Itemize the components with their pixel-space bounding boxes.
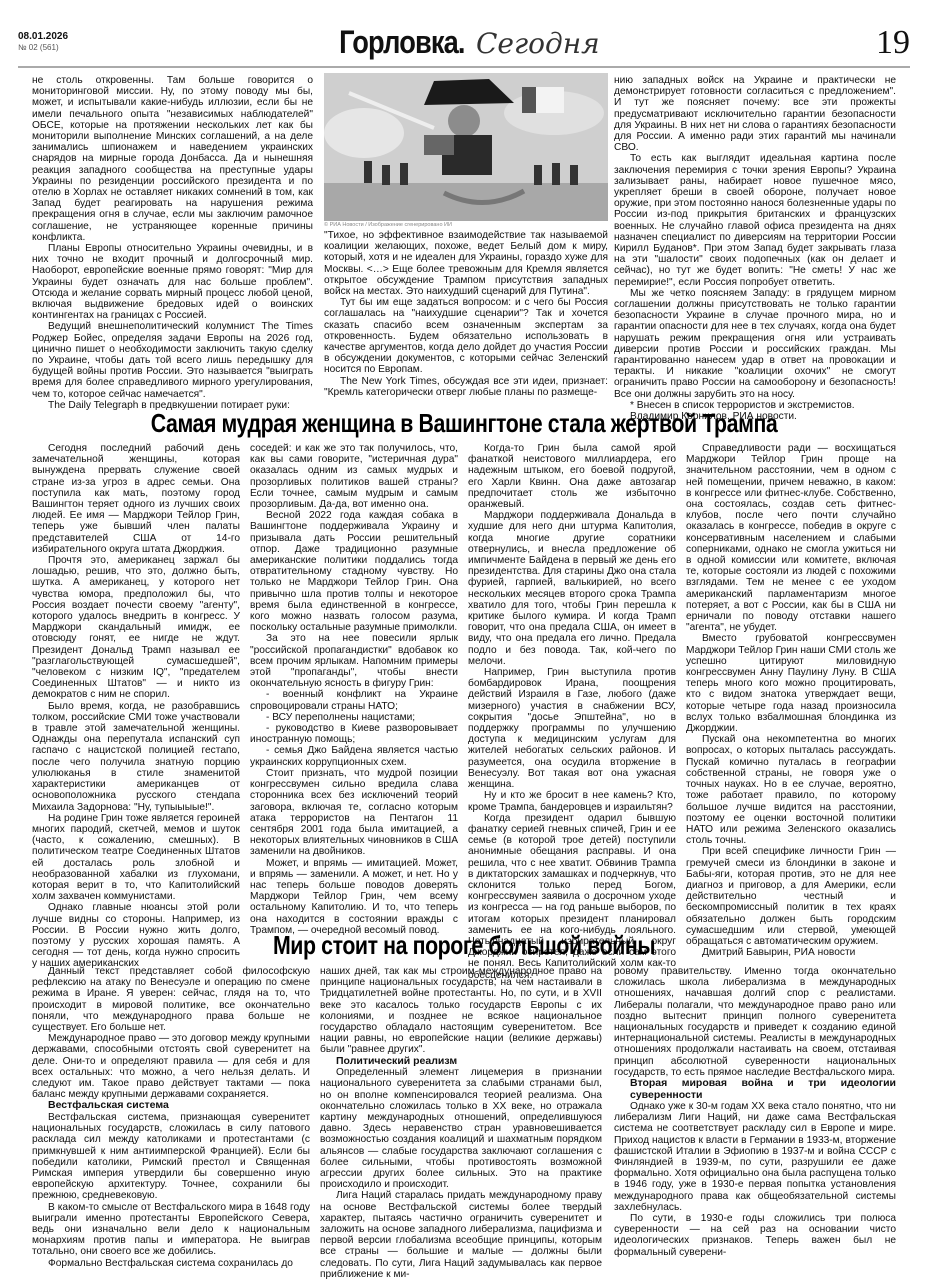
- paragraph: По сути, в 1930-е годы сложились три пол…: [614, 1213, 896, 1258]
- masthead: 08.01.2026 № 02 (561) Горловка.Сегодня 1…: [0, 0, 928, 68]
- paragraph: Например, Грин выступила против бомбарди…: [468, 667, 676, 790]
- paragraph: Международное право — это договор между …: [32, 1033, 310, 1100]
- paragraph: наших дней, так как мы строим международ…: [320, 966, 602, 1056]
- article3-column-1: Данный текст представляет собой философс…: [32, 966, 310, 1269]
- section-subheading: Политический реализм: [320, 1056, 602, 1068]
- list-item: - семья Джо Байдена является частью укра…: [250, 745, 458, 767]
- paragraph: Было время, когда, не разобравшись толко…: [32, 701, 240, 813]
- article2-column-1: Сегодня последний рабочий день замечател…: [32, 443, 240, 970]
- article2-column-4: Справедливости ради — восхищаться Марджо…: [686, 443, 896, 958]
- section-subheading: Вестфальская система: [32, 1100, 310, 1112]
- paragraph: Может, и впрямь — имитацией. Может, и вп…: [250, 858, 458, 936]
- paragraph: Сегодня последний рабочий день замечател…: [32, 443, 240, 555]
- list-item: - ВСУ переполнены нацистами;: [250, 712, 458, 723]
- article3-column-3: ровому правительству. Именно тогда оконч…: [614, 966, 896, 1258]
- article3-headline: Мир стоит на пороге большой войны: [0, 930, 928, 960]
- article1-column-3: нию западных войск на Украине и практиче…: [614, 75, 896, 422]
- paragraph: Планы Европы относительно Украины очевид…: [32, 243, 313, 321]
- paragraph: Прочтя это, американец заржал бы лошадью…: [32, 555, 240, 701]
- headline-text: Самая мудрая женщина в Вашингтоне стала …: [151, 408, 778, 438]
- paragraph: Когда-то Грин была самой ярой фанаткой н…: [468, 443, 676, 510]
- list-item: - руководство в Киеве разворовывает инос…: [250, 723, 458, 745]
- newspaper-title-script: Сегодня: [476, 27, 600, 60]
- paragraph: То есть как выглядит идеальная картина п…: [614, 153, 896, 287]
- paragraph: Определенный элемент лицемерия в признан…: [320, 1067, 602, 1190]
- article2-column-3: Когда-то Грин была самой ярой фанаткой н…: [468, 443, 676, 981]
- paragraph: Формально Вестфальская система сохранила…: [32, 1258, 310, 1269]
- paragraph: Вместо грубоватой конгрессвумен Марджори…: [686, 633, 896, 734]
- paragraph: "Тихое, но эффективное взаимодействие та…: [324, 230, 608, 297]
- section-subheading: Вторая мировая война и три идеологии сув…: [614, 1078, 896, 1101]
- paragraph: Данный текст представляет собой философс…: [32, 966, 310, 1033]
- paragraph: Марджори поддерживала Дональда в худшие …: [468, 510, 676, 667]
- headline-text: Мир стоит на пороге большой войны: [273, 930, 655, 960]
- paragraph: Мы же четко поясняем Западу: в грядущем …: [614, 288, 896, 400]
- article1-column-1: не столь откровенны. Там больше говоритс…: [32, 75, 313, 411]
- paragraph: Справедливости ради — восхищаться Марджо…: [686, 443, 896, 633]
- paragraph: Ведущий внешнеполитический колумнист The…: [32, 321, 313, 399]
- article-illustration: [324, 73, 608, 221]
- paragraph: Вестфальская система, признающая суверен…: [32, 1112, 310, 1202]
- paragraph: Весной 2022 года каждая собака в Вашингт…: [250, 510, 458, 633]
- list-item: - военный конфликт на Украине спровоциро…: [250, 689, 458, 711]
- header-divider: [18, 66, 910, 68]
- paragraph: За это на нее повесили ярлык "российской…: [250, 633, 458, 689]
- newspaper-title-main: Горловка.: [339, 24, 465, 60]
- article1-column-2: "Тихое, но эффективное взаимодействие та…: [324, 230, 608, 398]
- paragraph: Лига Наций старалась придать международн…: [320, 1190, 602, 1280]
- article2-column-2: соседей: и как же это так получилось, чт…: [250, 443, 458, 936]
- cartoon-napoleon-image: [324, 73, 608, 221]
- article2-headline: Самая мудрая женщина в Вашингтоне стала …: [0, 408, 928, 438]
- paragraph: Ну и кто же бросит в нее камень? Кто, кр…: [468, 790, 676, 812]
- paragraph: Стоит признать, что мудрой позиции конгр…: [250, 768, 458, 858]
- paragraph: не столь откровенны. Там больше говоритс…: [32, 75, 313, 243]
- paragraph: Тут бы им еще задаться вопросом: и с чег…: [324, 297, 608, 375]
- page-number: 19: [876, 24, 910, 62]
- paragraph: нию западных войск на Украине и практиче…: [614, 75, 896, 153]
- paragraph: соседей: и как же это так получилось, чт…: [250, 443, 458, 510]
- paragraph: ровому правительству. Именно тогда оконч…: [614, 966, 896, 1078]
- paragraph: На родине Грин тоже является героиней мн…: [32, 813, 240, 903]
- paragraph: Пускай она некомпетентна во многих вопро…: [686, 734, 896, 846]
- newspaper-title: Горловка.Сегодня: [0, 24, 928, 62]
- paragraph: The New York Times, обсуждая все эти иде…: [324, 376, 608, 398]
- paragraph: В каком-то смысле от Вестфальского мира …: [32, 1202, 310, 1258]
- article3-column-2: наших дней, так как мы строим международ…: [320, 966, 602, 1280]
- paragraph: Однако уже к 30-м годам XX века стало по…: [614, 1101, 896, 1213]
- photo-credit: © РИА Новости / Изображение сгенерирован…: [324, 222, 452, 228]
